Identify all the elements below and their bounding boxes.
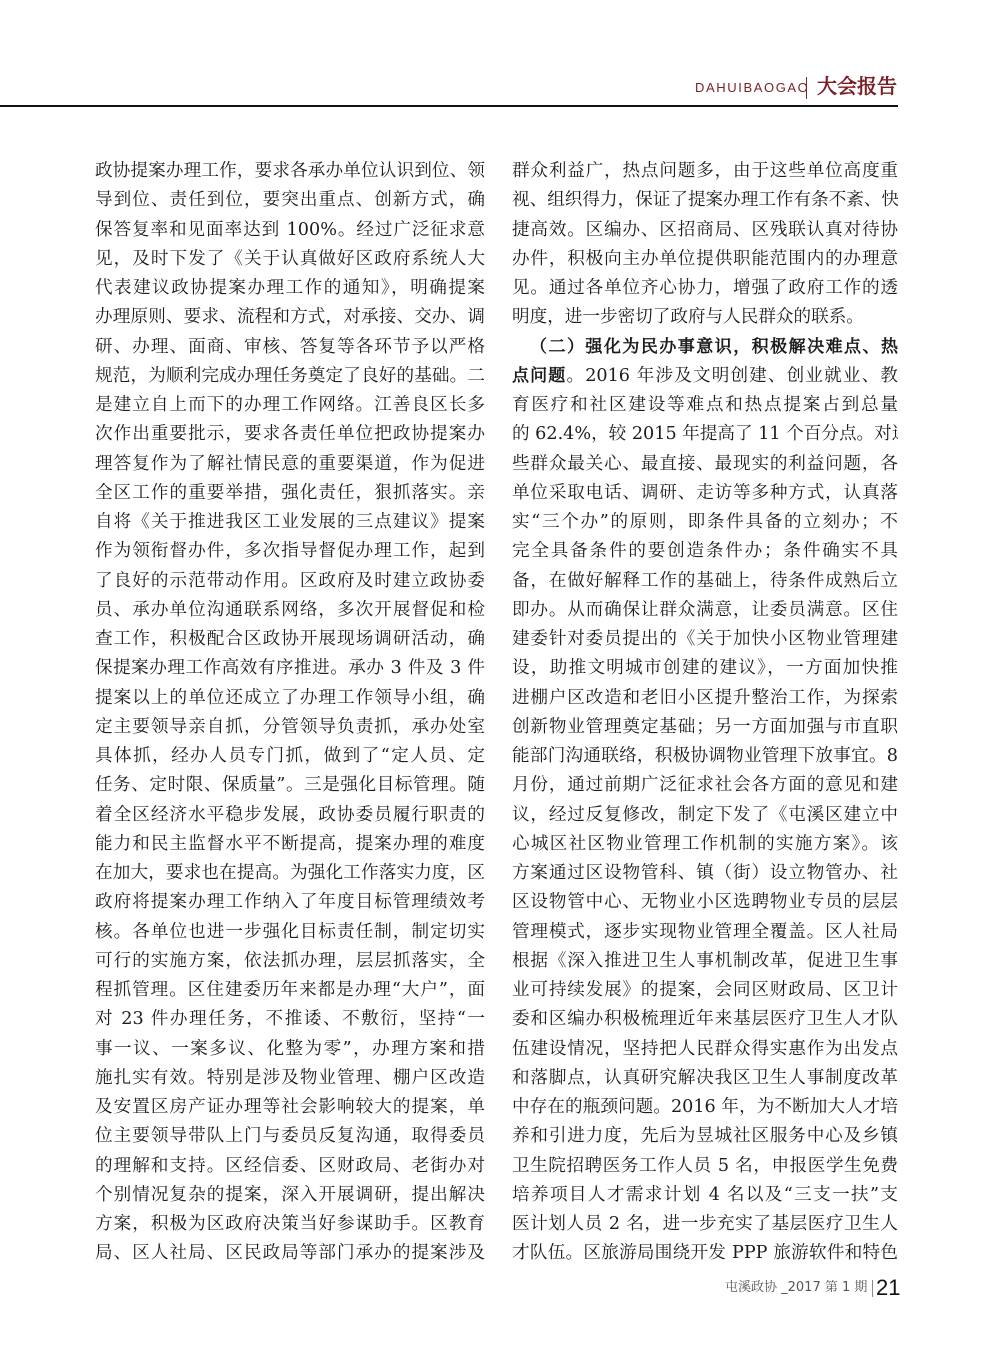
paragraph-line: 能力和民主监督水平不断提高，提案办理的难度 <box>95 830 485 859</box>
paragraph-line: 自将《关于推进我区工业发展的三点建议》提案 <box>95 508 485 537</box>
paragraph-line: 查工作，积极配合区政协开展现场调研活动，确 <box>95 625 485 654</box>
paragraph-line: 即办。从而确保让群众满意，让委员满意。区住 <box>512 596 898 625</box>
paragraph-line: 伍建设情况，坚持把人民群众得实惠作为出发点 <box>512 1035 898 1064</box>
paragraph-line: 及安置区房产证办理等社会影响较大的提案，单 <box>95 1093 485 1122</box>
paragraph-line: 员、承办单位沟通联系网络，多次开展督促和检 <box>95 596 485 625</box>
paragraph-line: 点问题。2016 年涉及文明创建、创业就业、教 <box>512 362 898 391</box>
paragraph-line: 培养项目人才需求计划 4 名以及“三支一扶”支 <box>512 1181 898 1210</box>
paragraph-line: 委和区编办积极梳理近年来基层医疗卫生人才队 <box>512 1005 898 1034</box>
paragraph-line: 进棚户区改造和老旧小区提升整治工作，为探索 <box>512 684 898 713</box>
paragraph-line: 群众利益广，热点问题多，由于这些单位高度重 <box>512 157 898 186</box>
paragraph-line: 医计划人员 2 名，进一步充实了基层医疗卫生人 <box>512 1210 898 1239</box>
paragraph-line: 养和引进力度，先后为昱城社区服务中心及乡镇 <box>512 1122 898 1151</box>
paragraph-line: 规范，为顺利完成办理任务奠定了良好的基础。二 <box>95 362 485 391</box>
paragraph-line: 导到位、责任到位，要突出重点、创新方式，确 <box>95 186 485 215</box>
paragraph-line: 保提案办理工作高效有序推进。承办 3 件及 3 件 <box>95 654 485 683</box>
paragraph-line: 是建立自上而下的办理工作网络。江善良区长多 <box>95 391 485 420</box>
paragraph-line: 方案通过区设物管科、镇（街）设立物管办、社 <box>512 859 898 888</box>
paragraph-line: 见。通过各单位齐心协力，增强了政府工作的透 <box>512 274 898 303</box>
paragraph-line: 全区工作的重要举措，强化责任，狠抓落实。亲 <box>95 479 485 508</box>
paragraph-line: 保答复率和见面率达到 100%。经过广泛征求意 <box>95 216 485 245</box>
paragraph-line: 位主要领导带队上门与委员反复沟通，取得委员 <box>95 1122 485 1151</box>
section-title: 大会报告 <box>817 73 897 99</box>
paragraph-line: 捷高效。区编办、区招商局、区残联认真对待协 <box>512 216 898 245</box>
paragraph-line: 程抓管理。区住建委历年来都是办理“大户”，面 <box>95 976 485 1005</box>
paragraph-line: 能部门沟通联络，积极协调物业管理下放事宜。8 <box>512 742 898 771</box>
paragraph-line: 议，经过反复修改，制定下发了《屯溪区建立中 <box>512 801 898 830</box>
header-divider <box>806 77 807 99</box>
paragraph-line: 任务、定时限、保质量”。三是强化目标管理。随 <box>95 771 485 800</box>
paragraph-line: 的 62.4%，较 2015 年提高了 11 个百分点。对这 <box>512 420 898 449</box>
paragraph-line: 些群众最关心、最直接、最现实的利益问题，各 <box>512 450 898 479</box>
publication-name: 屯溪政协 _2017 第 1 期 <box>725 1279 867 1297</box>
paragraph-line: 区设物管中心、无物业小区选聘物业专员的层层 <box>512 888 898 917</box>
paragraph-line: 提案以上的单位还成立了办理工作领导小组，确 <box>95 684 485 713</box>
paragraph-line: 定主要领导亲自抓，分管领导负责抓，承办处室 <box>95 713 485 742</box>
subheading-text: （二）强化为民办事意识，积极解决难点、热 <box>530 337 898 357</box>
paragraph-line: 可行的实施方案，依法抓办理，层层抓落实，全 <box>95 947 485 976</box>
page-footer: 屯溪政协 _2017 第 1 期 21 <box>0 1275 992 1305</box>
paragraph-line: 代表建议政协提案办理工作的通知》，明确提案 <box>95 274 485 303</box>
footer-divider <box>872 1280 873 1297</box>
paragraph-line: 中存在的瓶颈问题。2016 年，为不断加大人才培 <box>512 1093 898 1122</box>
paragraph-line: 育医疗和社区建设等难点和热点提案占到总量 <box>512 391 898 420</box>
paragraph-line: 核。各单位也进一步强化目标责任制，制定切实 <box>95 918 485 947</box>
paragraph-line: 对 23 件办理任务，不推诿、不敷衍，坚持“一 <box>95 1005 485 1034</box>
paragraph-line: 根据《深入推进卫生人事机制改革，促进卫生事 <box>512 947 898 976</box>
paragraph-line: 次作出重要批示，要求各责任单位把政协提案办 <box>95 420 485 449</box>
left-text-column: 政协提案办理工作，要求各承办单位认识到位、领导到位、责任到位，要突出重点、创新方… <box>95 157 485 1269</box>
right-text-column: 群众利益广，热点问题多，由于这些单位高度重视、组织得力，保证了提案办理工作有条不… <box>512 157 898 1269</box>
subheading-line: （二）强化为民办事意识，积极解决难点、热 <box>512 333 898 362</box>
paragraph-line: 视、组织得力，保证了提案办理工作有条不紊、快 <box>512 186 898 215</box>
paragraph-line: 办理原则、要求、流程和方式，对承接、交办、调 <box>95 303 485 332</box>
paragraph-line: 完全具备条件的要创造条件办；条件确实不具 <box>512 537 898 566</box>
paragraph-line: 在加大，要求也在提高。为强化工作落实力度，区 <box>95 859 485 888</box>
paragraph-line: 才队伍。区旅游局围绕开发 PPP 旅游软件和特色 <box>512 1239 898 1268</box>
paragraph-line: 着全区经济水平稳步发展，政协委员履行职责的 <box>95 801 485 830</box>
paragraph-line: 业可持续发展》的提案，会同区财政局、区卫计 <box>512 976 898 1005</box>
paragraph-line: 作为领衔督办件，多次指导督促办理工作，起到 <box>95 537 485 566</box>
paragraph-line: 局、区人社局、区民政局等部门承办的提案涉及 <box>95 1239 485 1268</box>
paragraph-line: 事一议、一案多议、化整为零”，办理方案和措 <box>95 1035 485 1064</box>
paragraph-line: 设，助推文明城市创建的建议》，一方面加快推 <box>512 654 898 683</box>
paragraph-line: 月份，通过前期广泛征求社会各方面的意见和建 <box>512 771 898 800</box>
paragraph-line: 政府将提案办理工作纳入了年度目标管理绩效考 <box>95 888 485 917</box>
subheading-text-continued: 点问题 <box>512 366 566 386</box>
paragraph-line: 办件，积极向主办单位提供职能范围内的办理意 <box>512 245 898 274</box>
paragraph-line: 明度，进一步密切了政府与人民群众的联系。 <box>512 303 898 332</box>
paragraph-line: 单位采取电话、调研、走访等多种方式，认真落 <box>512 479 898 508</box>
paragraph-line: 心城区社区物业管理工作机制的实施方案》。该 <box>512 830 898 859</box>
paragraph-line: 见，及时下发了《关于认真做好区政府系统人大 <box>95 245 485 274</box>
section-label-latin: DAHUIBAOGAO <box>695 81 809 95</box>
paragraph-line: 理答复作为了解社情民意的重要渠道，作为促进 <box>95 450 485 479</box>
paragraph-line: 备，在做好解释工作的基础上，待条件成熟后立 <box>512 567 898 596</box>
paragraph-line: 方案，积极为区政府决策当好参谋助手。区教育 <box>95 1210 485 1239</box>
paragraph-text: 。2016 年涉及文明创建、创业就业、教 <box>566 366 898 386</box>
paragraph-line: 政协提案办理工作，要求各承办单位认识到位、领 <box>95 157 485 186</box>
paragraph-line: 管理模式，逐步实现物业管理全覆盖。区人社局 <box>512 918 898 947</box>
paragraph-line: 个别情况复杂的提案，深入开展调研，提出解决 <box>95 1181 485 1210</box>
paragraph-line: 具体抓，经办人员专门抓，做到了“定人员、定 <box>95 742 485 771</box>
paragraph-line: 卫生院招聘医务工作人员 5 名，申报医学生免费 <box>512 1152 898 1181</box>
header-rule <box>0 105 898 107</box>
paragraph-line: 建委针对委员提出的《关于加快小区物业管理建 <box>512 625 898 654</box>
paragraph-line: 了良好的示范带动作用。区政府及时建立政协委 <box>95 567 485 596</box>
paragraph-line: 的理解和支持。区经信委、区财政局、老街办对 <box>95 1152 485 1181</box>
paragraph-line: 创新物业管理奠定基础；另一方面加强与市直职 <box>512 713 898 742</box>
paragraph-line: 施扎实有效。特别是涉及物业管理、棚户区改造 <box>95 1064 485 1093</box>
paragraph-line: 研、办理、面商、审核、答复等各环节予以严格 <box>95 333 485 362</box>
paragraph-line: 实“三个办”的原则，即条件具备的立刻办；不 <box>512 508 898 537</box>
page-header: DAHUIBAOGAO 大会报告 <box>0 0 992 110</box>
page-number: 21 <box>876 1275 900 1301</box>
paragraph-line: 和落脚点，认真研究解决我区卫生人事制度改革 <box>512 1064 898 1093</box>
